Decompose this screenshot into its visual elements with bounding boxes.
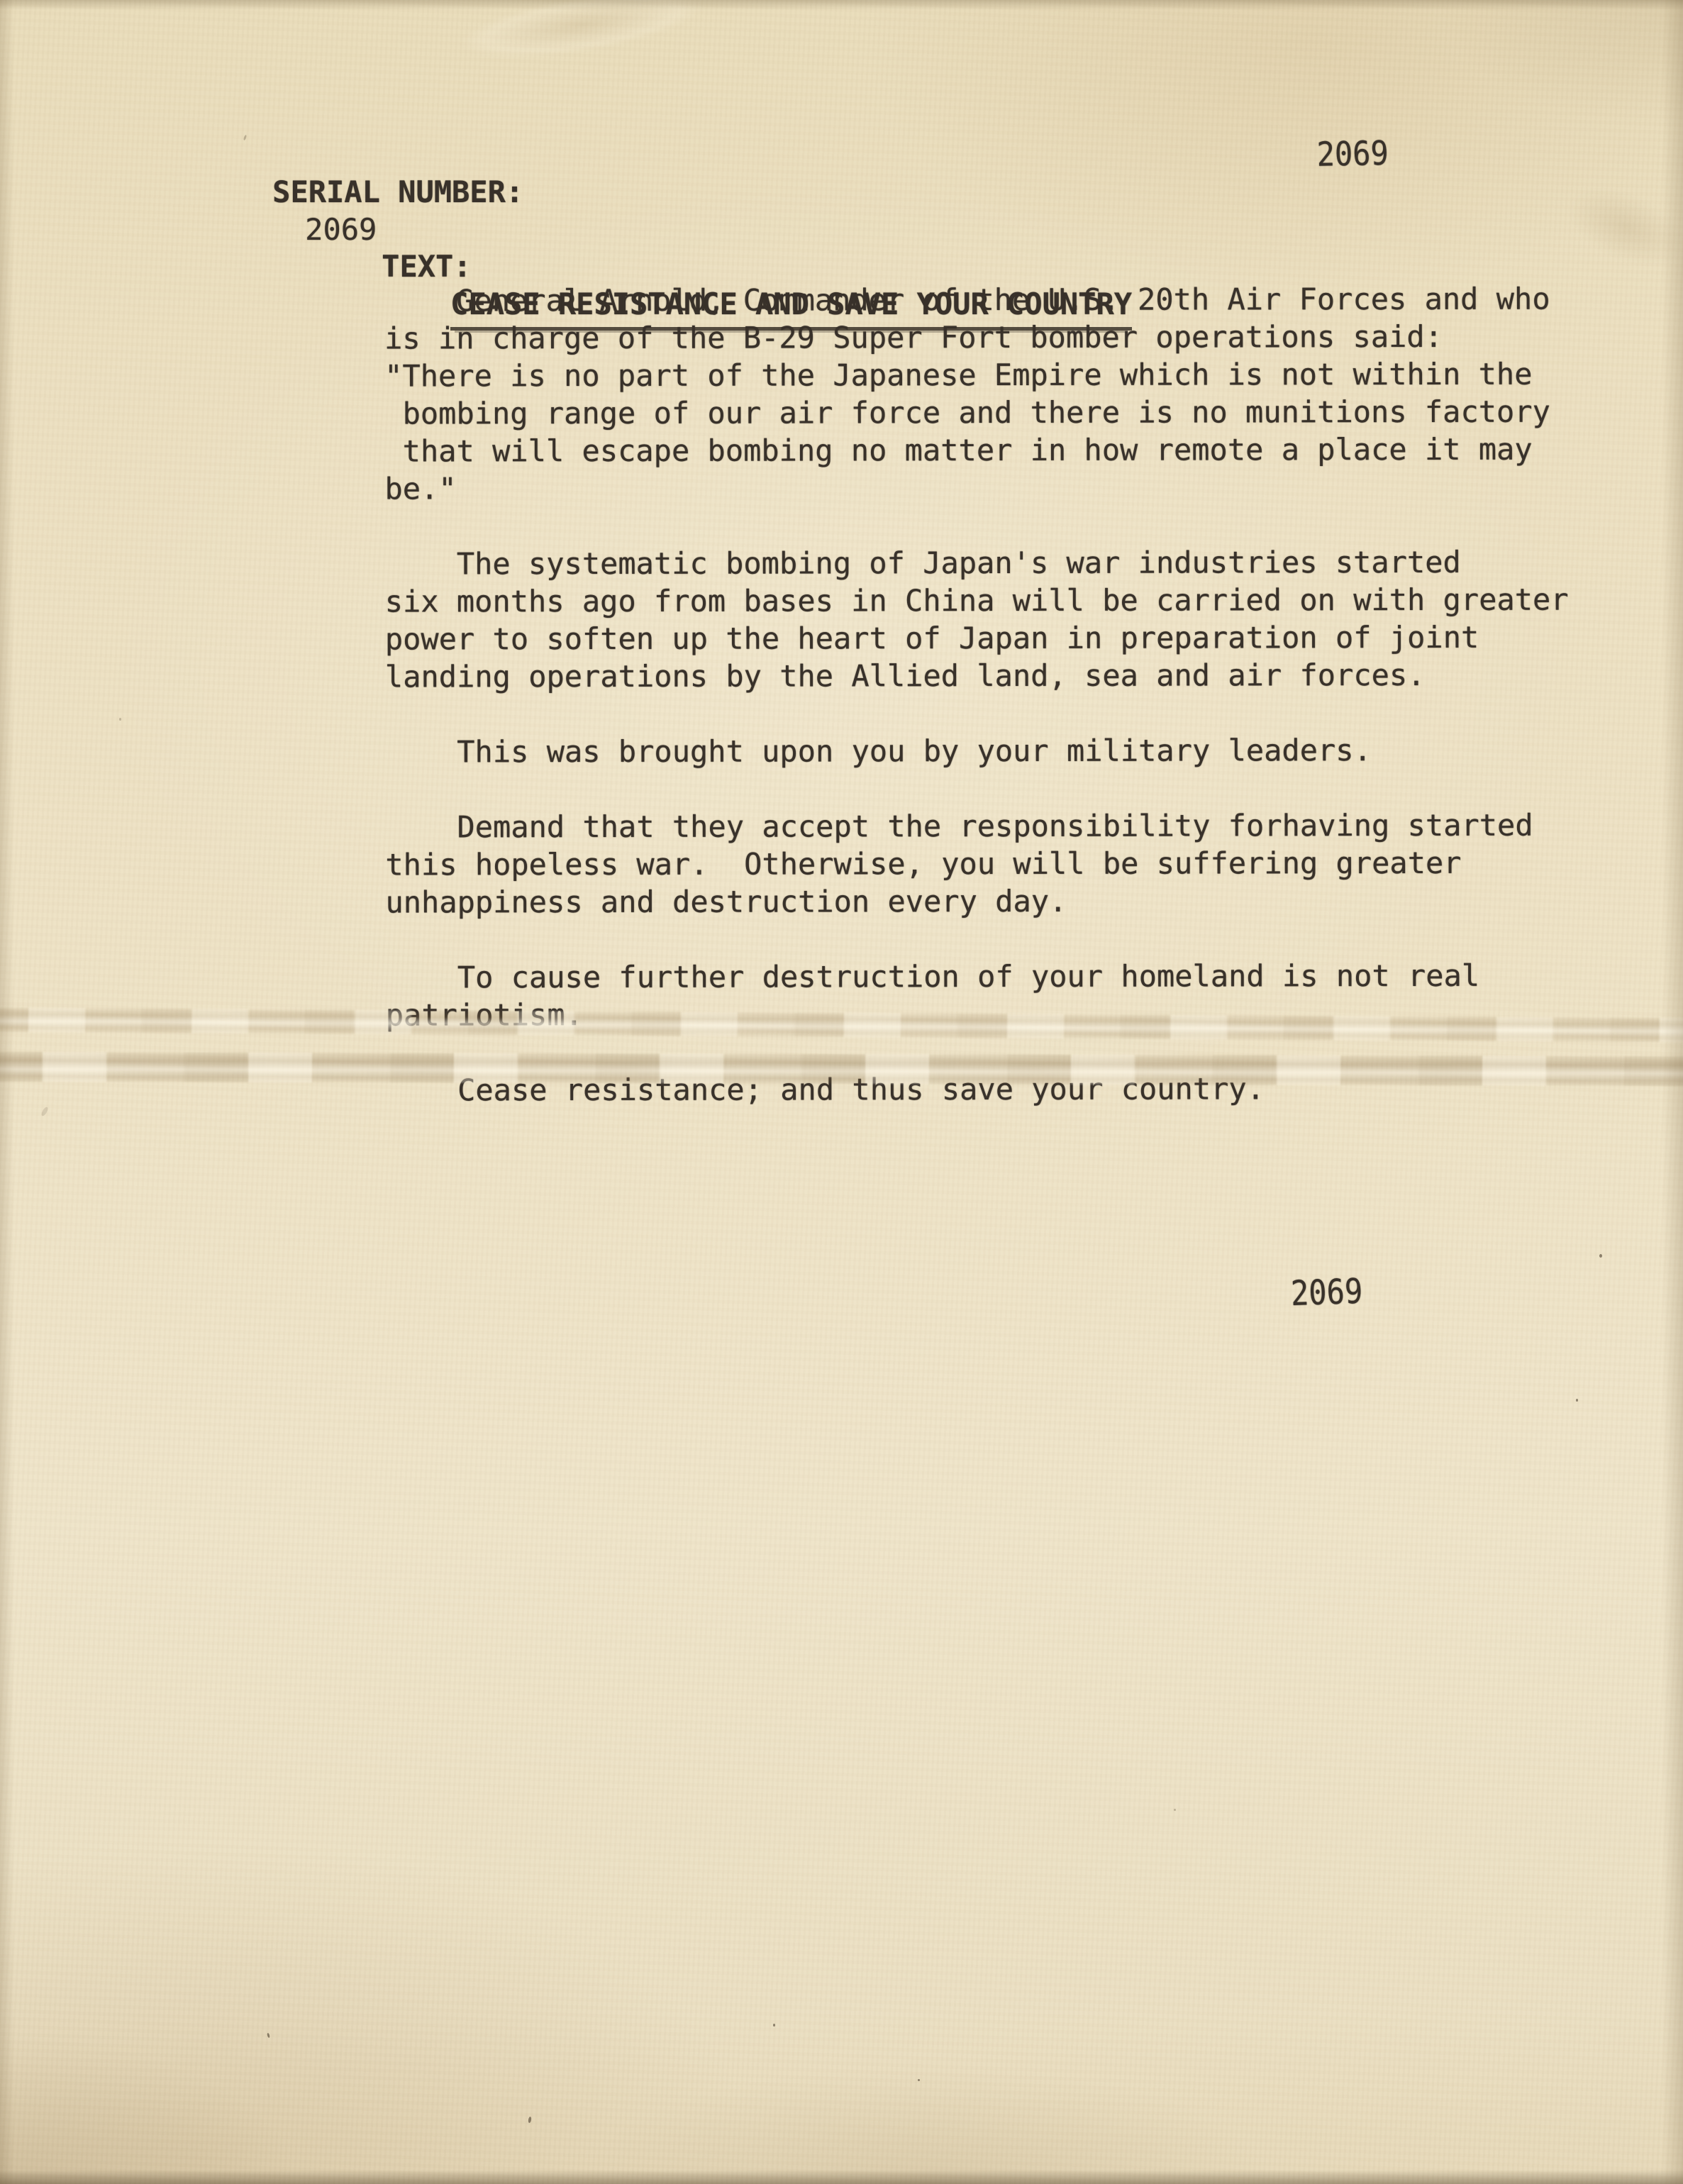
- page-number-top: 2069: [1316, 132, 1389, 175]
- paper-speck: [119, 718, 121, 721]
- paper-speck: [1174, 1809, 1176, 1811]
- text-label: TEXT:: [382, 249, 471, 284]
- paper-speck: [1576, 1399, 1578, 1402]
- paper-speck: [918, 2079, 920, 2081]
- paragraph-systematic-bombing: The systematic bombing of Japan's war in…: [385, 543, 1605, 695]
- scanned-document-page: SERIAL NUMBER: 2069 2069 TEXT: CEASE RES…: [0, 0, 1683, 2184]
- paragraph-military-leaders: This was brought upon you by your milita…: [385, 731, 1605, 770]
- paragraph-patriotism: To cause further destruction of your hom…: [386, 956, 1606, 1033]
- paragraph-general-arnold-quote: General Arnold, Commander of the U.S. 20…: [384, 279, 1605, 507]
- paper-speck: [267, 2033, 270, 2039]
- paper-speck: [40, 1106, 49, 1116]
- top-wrinkle: [414, 0, 749, 89]
- paragraph-demand-responsibility: Demand that they accept the responsibili…: [385, 806, 1605, 921]
- paragraph-cease-resistance: Cease resistance; and thus save your cou…: [386, 1069, 1606, 1109]
- document-body: General Arnold, Commander of the U.S. 20…: [384, 279, 1606, 1146]
- serial-number-label: SERIAL NUMBER:: [272, 174, 523, 209]
- paper-speck: [528, 2117, 532, 2124]
- page-number-bottom: 2069: [1290, 1269, 1363, 1314]
- paper-speck: [1599, 1254, 1602, 1258]
- paper-speck: [773, 2024, 775, 2027]
